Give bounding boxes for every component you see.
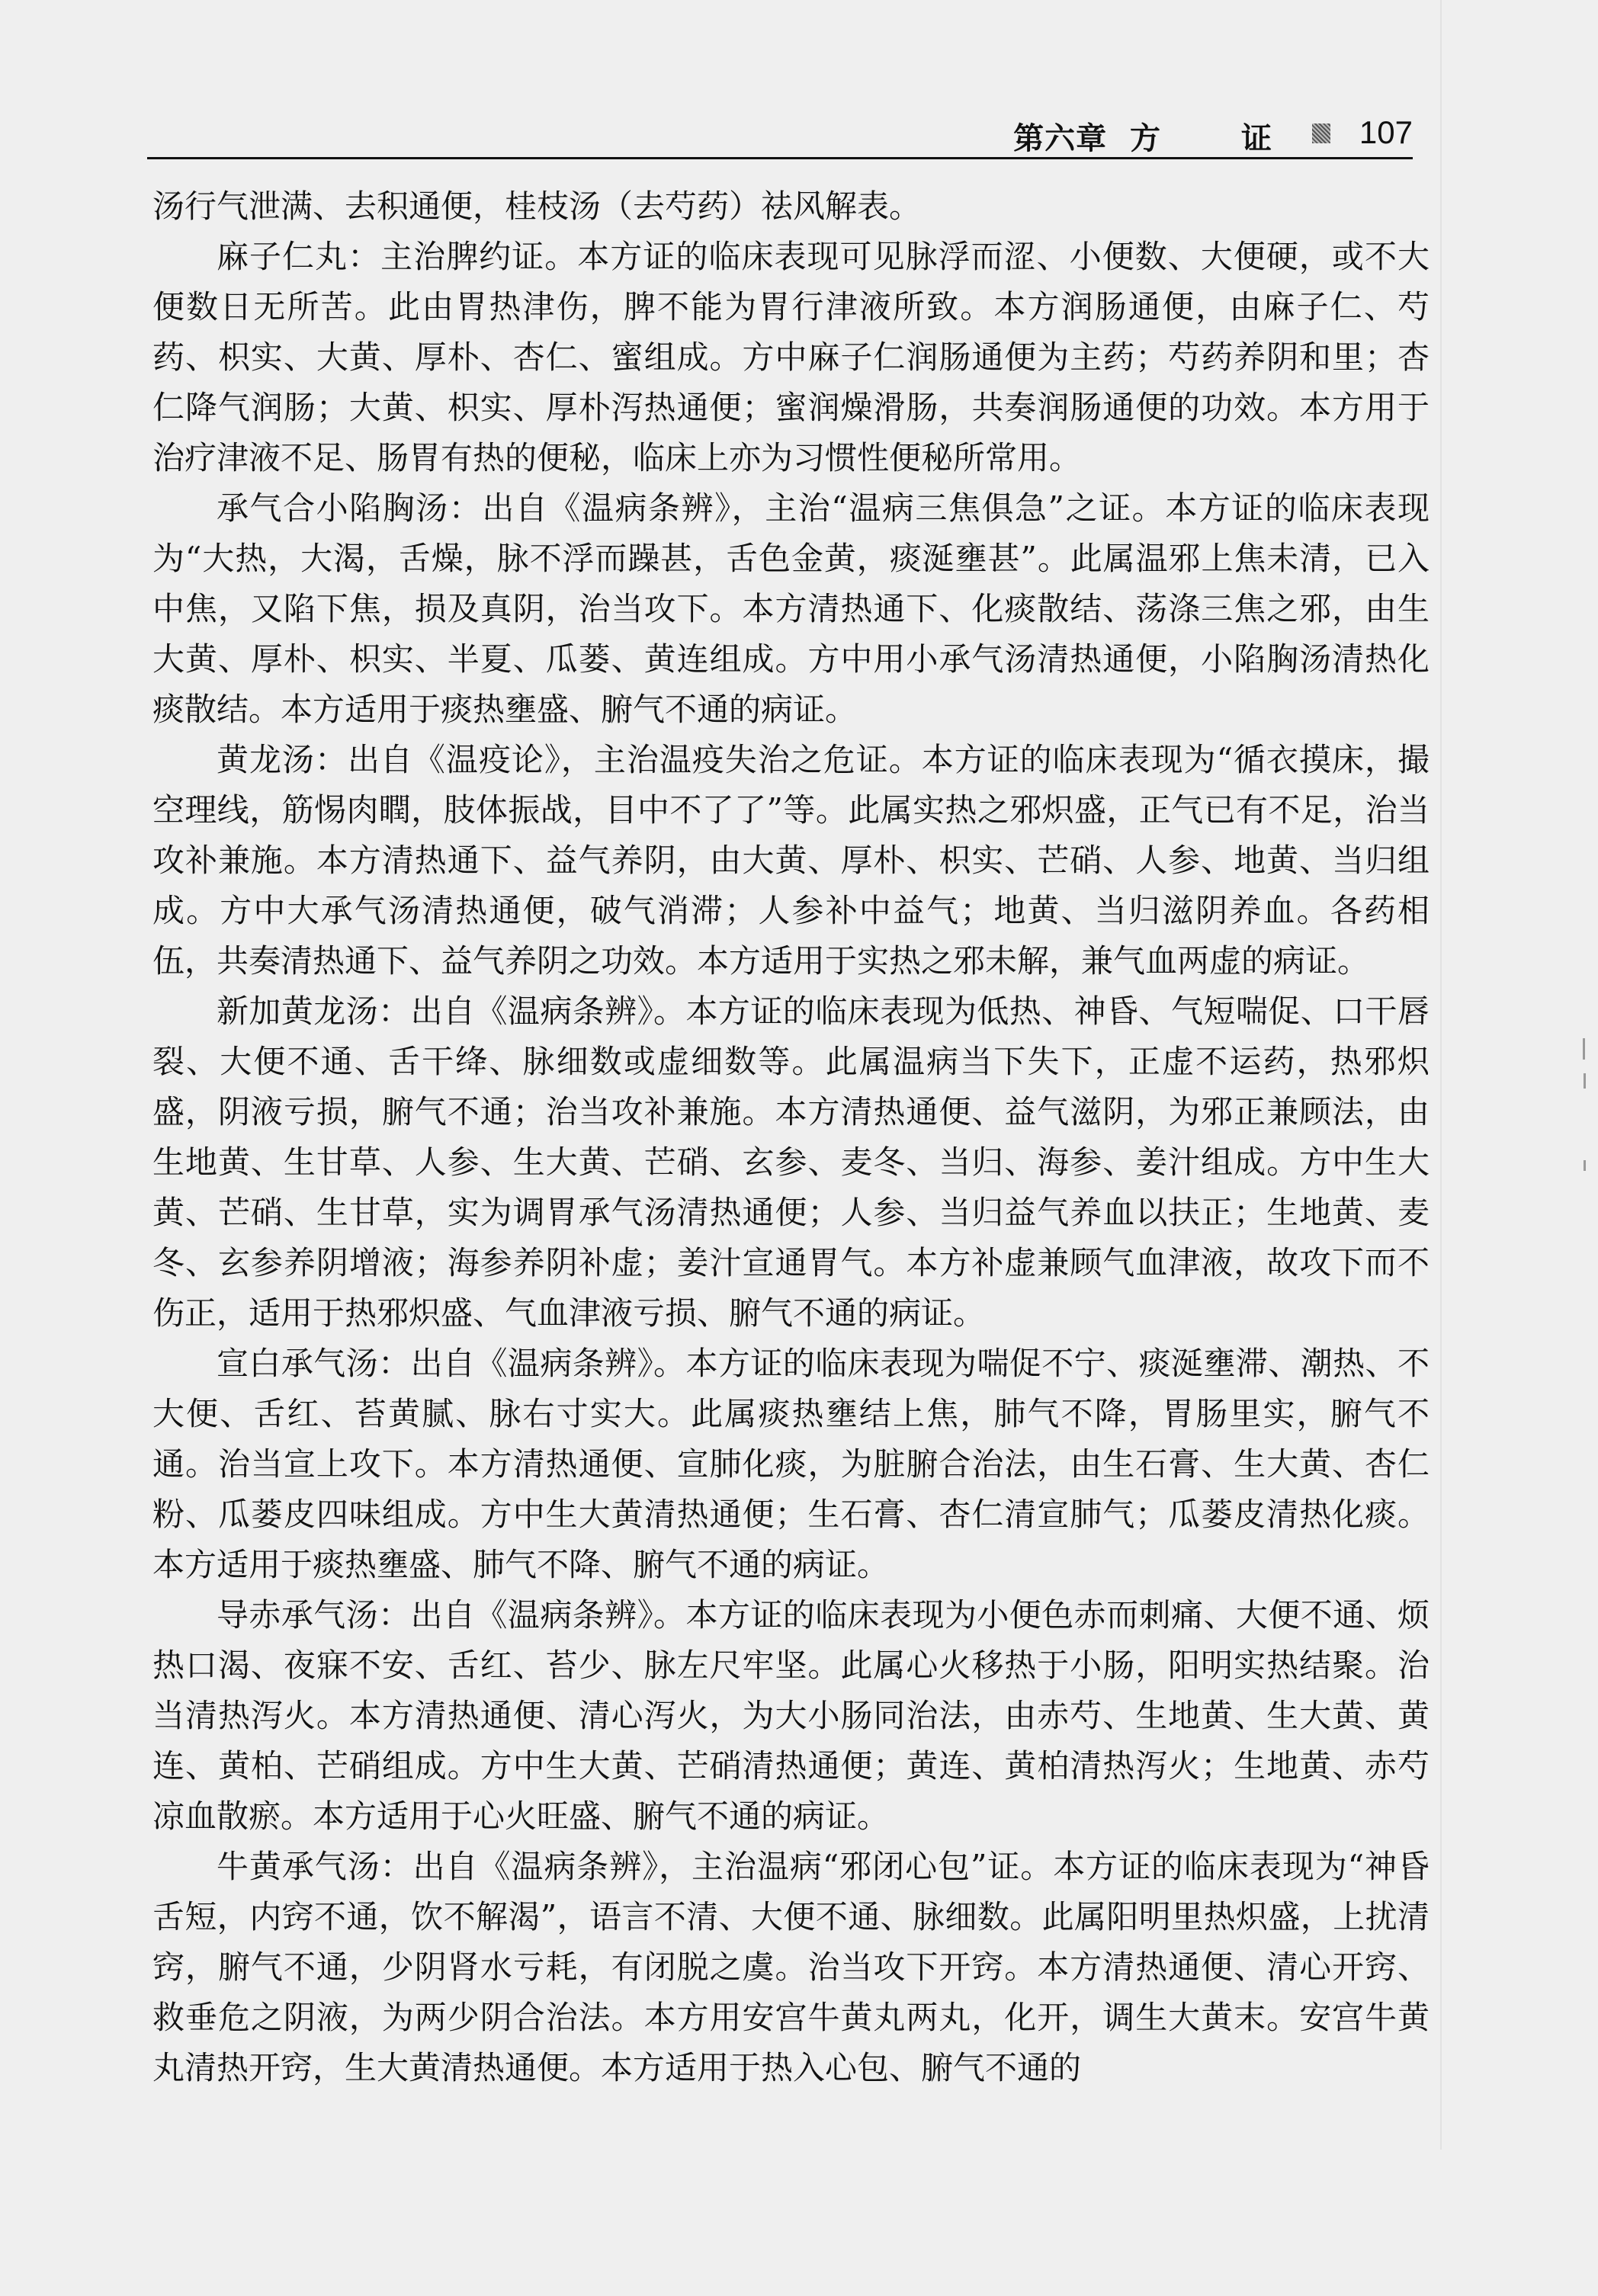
section-title: 证	[1241, 114, 1272, 158]
page-edge-divider	[1440, 0, 1442, 2150]
paragraph-chengqi-xiaoxianxiong-tang: 承气合小陷胸汤：出自《温病条辨》，主治“温病三焦俱急”之证。本方证的临床表现为“…	[152, 483, 1430, 735]
page-number: 107	[1359, 114, 1413, 151]
scan-artifact	[1584, 1160, 1586, 1171]
paragraph-xuanbai-chengqi-tang: 宣白承气汤：出自《温病条辨》。本方证的临床表现为喘促不宁、痰涎壅滞、潮热、不大便…	[152, 1339, 1430, 1590]
chapter-title: 第六章 方	[1013, 114, 1161, 158]
paragraph-daochi-chengqi-tang: 导赤承气汤：出自《温病条辨》。本方证的临床表现为小便色赤而刺痛、大便不通、烦热口…	[152, 1590, 1430, 1842]
page-marker-icon	[1312, 123, 1330, 143]
scan-artifact	[1583, 1038, 1585, 1060]
paragraph-continuation: 汤行气泄满、去积通便，桂枝汤（去芍药）祛风解表。	[152, 181, 1430, 232]
page-body: 汤行气泄满、去积通便，桂枝汤（去芍药）祛风解表。 麻子仁丸：主治脾约证。本方证的…	[152, 181, 1430, 2093]
paragraph-niuhuang-chengqi-tang: 牛黄承气汤：出自《温病条辨》，主治温病“邪闭心包”证。本方证的临床表现为“神昏舌…	[152, 1842, 1430, 2093]
paragraph-huanglong-tang: 黄龙汤：出自《温疫论》，主治温疫失治之危证。本方证的临床表现为“循衣摸床，撮空理…	[152, 735, 1430, 986]
paragraph-maziren-wan: 麻子仁丸：主治脾约证。本方证的临床表现可见脉浮而涩、小便数、大便硬，或不大便数日…	[152, 232, 1430, 483]
paragraph-xinjia-huanglong-tang: 新加黄龙汤：出自《温病条辨》。本方证的临床表现为低热、神昏、气短喘促、口干唇裂、…	[152, 986, 1430, 1339]
running-header: 第六章 方 证 107	[147, 107, 1413, 159]
scan-artifact	[1584, 1073, 1586, 1089]
